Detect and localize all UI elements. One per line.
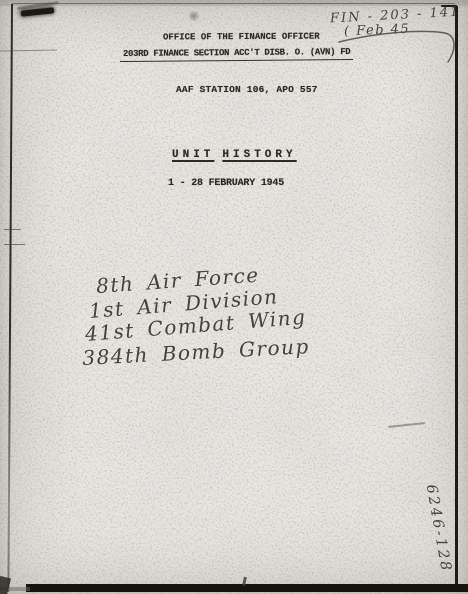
scan-left-edge-line	[7, 4, 12, 592]
scan-top-edge-line	[12, 3, 455, 4]
finance-section-line: 203RD FINANCE SECTION ACC'T DISB. O. (AV…	[120, 47, 353, 62]
handwritten-margin-number: 6246-128	[423, 483, 454, 570]
scan-bottom-left-corner	[0, 576, 11, 594]
title-word-unit: UNIT	[172, 149, 214, 161]
left-edge-tick-mark	[4, 229, 21, 230]
document-title: UNITHISTORY	[172, 149, 297, 161]
office-header-line: OFFICE OF THE FINANCE OFFICER	[163, 32, 320, 43]
title-word-history: HISTORY	[222, 149, 296, 161]
left-margin-stray-line	[0, 50, 57, 52]
station-address-line: AAF STATION 106, APO 557	[176, 84, 318, 95]
scanned-document-page: OFFICE OF THE FINANCE OFFICER 203RD FINA…	[0, 0, 468, 594]
handwritten-underline-flourish	[333, 18, 468, 66]
faint-ink-smudge	[189, 11, 201, 21]
scan-bottom-edge-band	[26, 584, 468, 592]
scan-right-edge-line	[455, 6, 458, 586]
faint-pencil-dash	[388, 422, 425, 428]
report-date-range: 1 - 28 FEBRUARY 1945	[168, 178, 284, 189]
left-edge-tick-mark	[4, 244, 25, 245]
